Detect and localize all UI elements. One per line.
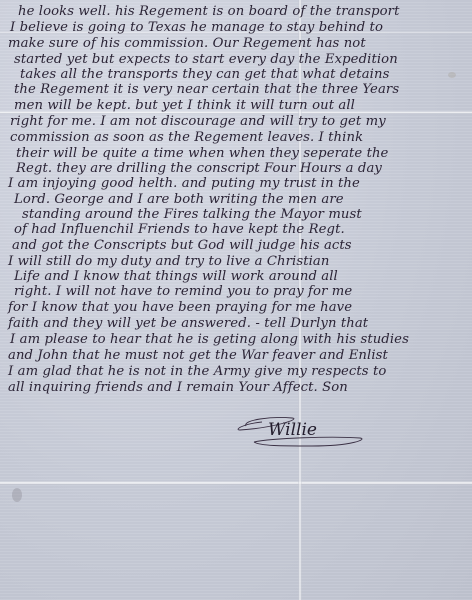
letter-line: takes all the transports they can get th… <box>20 67 389 82</box>
letter-line: I believe is going to Texas he manage to… <box>10 20 383 35</box>
letter-line: of had Influenchil Friends to have kept … <box>14 222 345 237</box>
letter-line: standing around the Fires talking the Ma… <box>22 207 362 222</box>
letter-line: for I know that you have been praying fo… <box>8 300 352 315</box>
letter-line: I am please to hear that he is geting al… <box>10 332 409 347</box>
signature: Willie <box>232 412 372 452</box>
letter-line: men will be kept. but yet I think it wil… <box>14 98 355 113</box>
letter-line: Lord. George and I are both writing the … <box>14 192 344 207</box>
letter-line: their will be quite a time when when the… <box>16 146 388 161</box>
fold-crease-lower <box>0 481 472 485</box>
letter-page: he looks well. his Regement is on board … <box>0 0 472 600</box>
letter-line: all inquiring friends and I remain Your … <box>8 380 348 395</box>
letter-line: I am injoying good helth. and puting my … <box>8 176 360 191</box>
letter-line: right. I will not have to remind you to … <box>14 284 352 299</box>
signature-name: Willie <box>268 420 317 440</box>
letter-line: I will still do my duty and try to live … <box>8 254 330 269</box>
letter-line: make sure of his commission. Our Regemen… <box>8 36 366 51</box>
letter-line: and got the Conscripts but God will judg… <box>12 238 352 253</box>
letter-line: and John that he must not get the War fe… <box>8 348 388 363</box>
ink-stain <box>448 72 456 78</box>
letter-line: faith and they will yet be answered. - t… <box>8 316 368 331</box>
letter-line: he looks well. his Regement is on board … <box>18 4 400 19</box>
letter-line: commission as soon as the Regement leave… <box>10 130 363 145</box>
paper-spot <box>12 488 22 502</box>
letter-line: Regt. they are drilling the conscript Fo… <box>16 161 382 176</box>
letter-line: Life and I know that things will work ar… <box>14 269 338 284</box>
letter-line: the Regement it is very near certain tha… <box>14 82 399 97</box>
letter-line: right for me. I am not discourage and wi… <box>10 114 386 129</box>
letter-line: started yet but expects to start every d… <box>14 52 398 67</box>
letter-line: I am glad that he is not in the Army giv… <box>8 364 386 379</box>
